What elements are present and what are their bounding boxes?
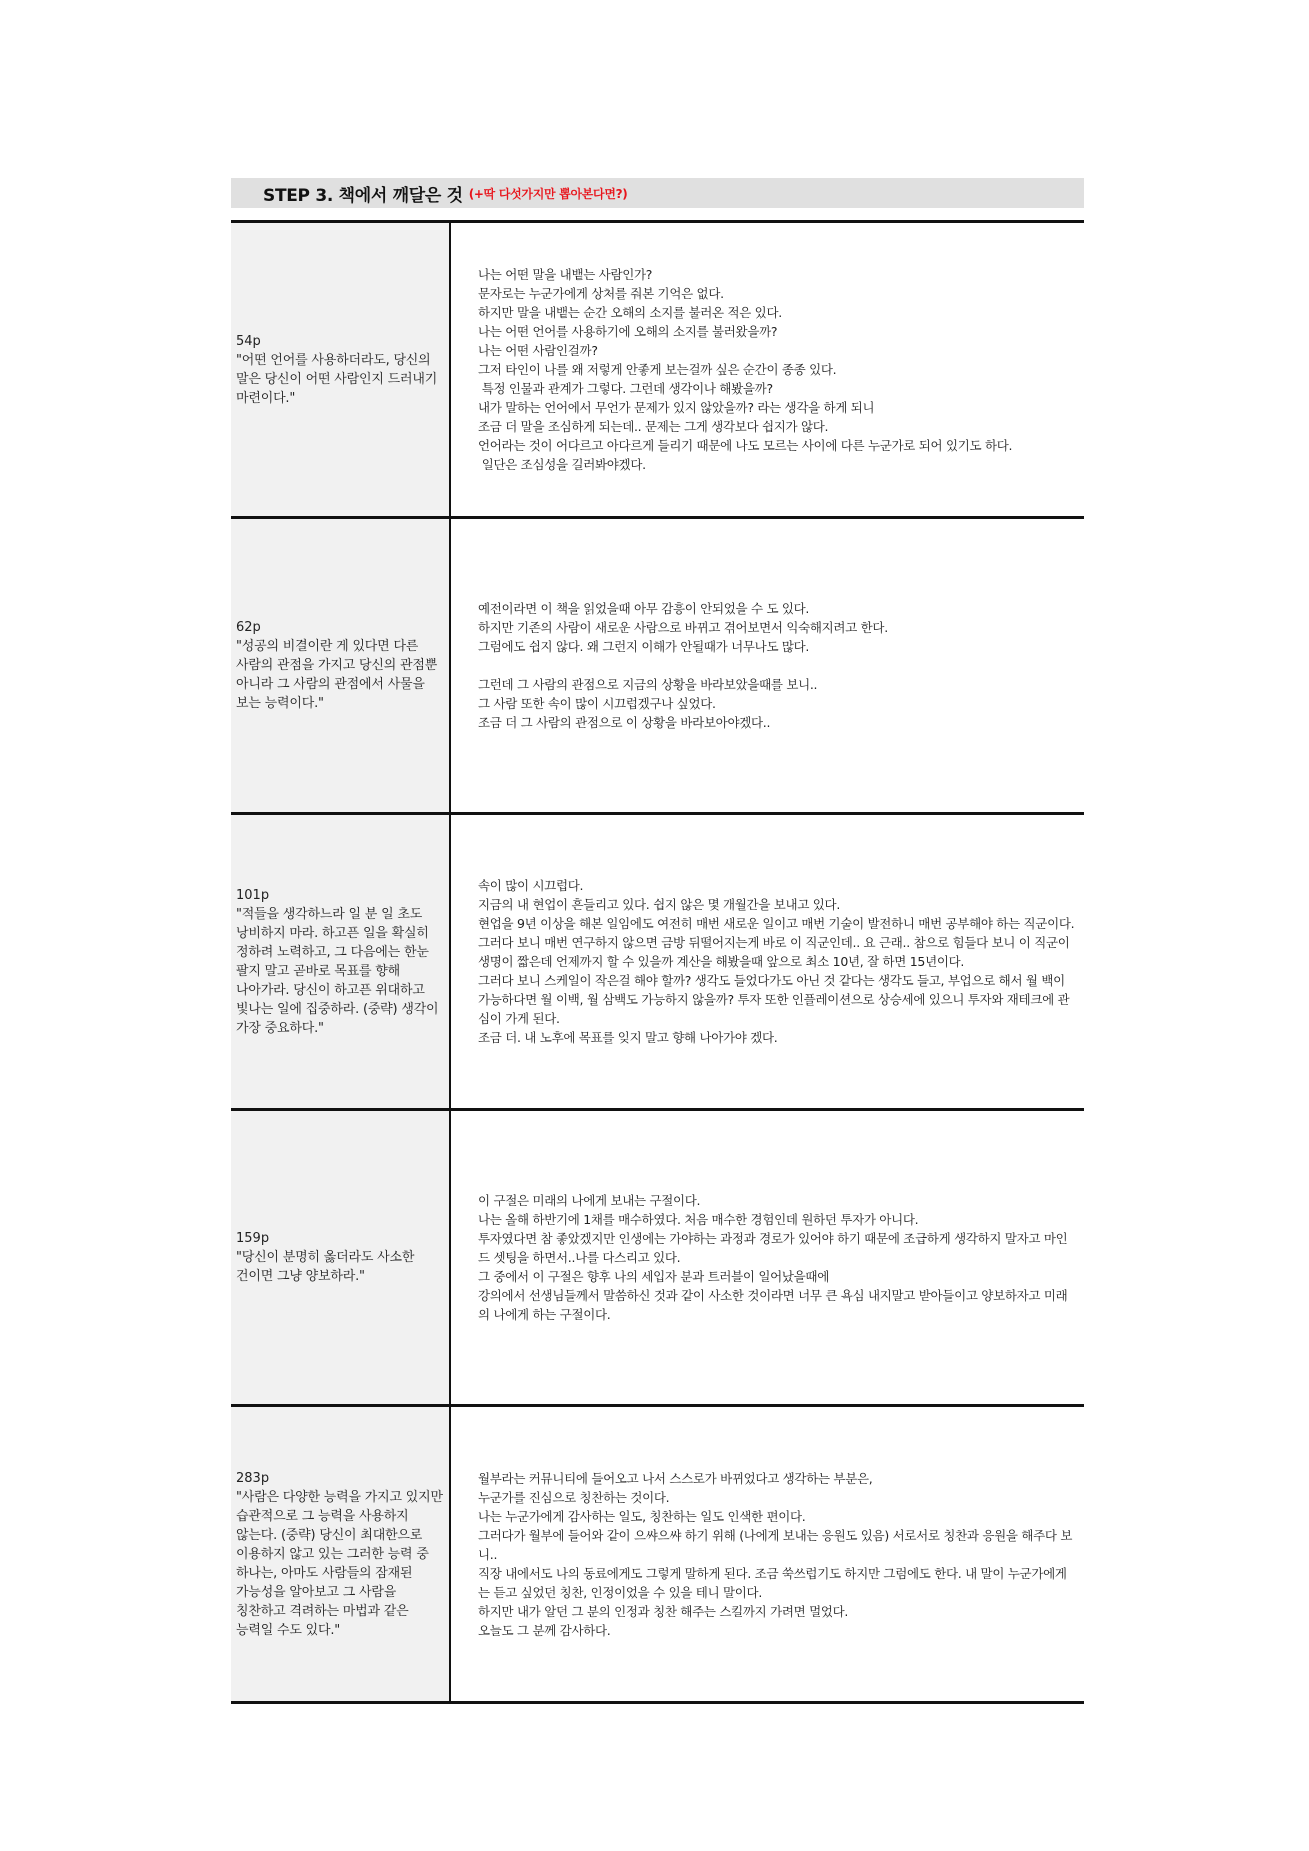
reflection-line: 월부라는 커뮤니티에 들어오고 나서 스스로가 바뀌었다고 생각하는 부분은, (478, 1469, 1076, 1488)
book-quote: "어떤 언어를 사용하더라도, 당신의 말은 당신이 어떤 사람인지 드러내기 … (236, 351, 444, 408)
reflection-cell: 예전이라면 이 책을 읽었을때 아무 감흥이 안되었을 수 도 있다. 하지만 … (451, 519, 1084, 812)
document-page: STEP 3. 책에서 깨달은 것 (+딱 다섯가지만 뽑아본다면?) 54p … (231, 178, 1084, 1704)
quote-cell: 101p "적들을 생각하느라 일 분 일 초도 낭비하지 마라. 하고픈 일을… (231, 815, 451, 1108)
table-row: 54p "어떤 언어를 사용하더라도, 당신의 말은 당신이 어떤 사람인지 드… (231, 223, 1084, 519)
reflection-line: 이 구절은 미래의 나에게 보내는 구절이다. (478, 1191, 1076, 1210)
reflection-line: 나는 누군가에게 감사하는 일도, 칭찬하는 일도 인색한 편이다. (478, 1507, 1076, 1526)
book-quote: "당신이 분명히 옳더라도 사소한 건이면 그냥 양보하라." (236, 1248, 444, 1286)
reflection-line: 나는 어떤 말을 내뱉는 사람인가? (478, 265, 1076, 284)
reflection-line: 지금의 내 현업이 흔들리고 있다. 쉽지 않은 몇 개월간을 보내고 있다. (478, 895, 1076, 914)
reflection-line: 내가 말하는 언어에서 무언가 문제가 있지 않았을까? 라는 생각을 하게 되… (478, 398, 1076, 417)
book-quote: "적들을 생각하느라 일 분 일 초도 낭비하지 마라. 하고픈 일을 확실히 … (236, 905, 444, 1038)
quote-cell: 283p "사람은 다양한 능력을 가지고 있지만 습관적으로 그 능력을 사용… (231, 1407, 451, 1701)
book-quote: "성공의 비결이란 게 있다면 다른 사람의 관점을 가지고 당신의 관점뿐 아… (236, 637, 444, 713)
step-subtitle: (+딱 다섯가지만 뽑아본다면?) (469, 185, 628, 202)
reflection-line: 속이 많이 시끄럽다. (478, 876, 1076, 895)
reflection-cell: 나는 어떤 말을 내뱉는 사람인가? 문자로는 누군가에게 상처를 줘본 기억은… (451, 223, 1084, 516)
reflection-line: 하지만 기존의 사람이 새로운 사람으로 바뀌고 겪어보면서 익숙해지려고 한다… (478, 618, 1076, 637)
step-header: STEP 3. 책에서 깨달은 것 (+딱 다섯가지만 뽑아본다면?) (231, 178, 1084, 208)
table-row: 101p "적들을 생각하느라 일 분 일 초도 낭비하지 마라. 하고픈 일을… (231, 815, 1084, 1111)
reflection-line: 하지만 말을 내뱉는 순간 오해의 소지를 불러온 적은 있다. (478, 303, 1076, 322)
reflection-line (478, 656, 1076, 675)
reflection-line: 일단은 조심성을 길러봐야겠다. (478, 455, 1076, 474)
reflection-line: 예전이라면 이 책을 읽었을때 아무 감흥이 안되었을 수 도 있다. (478, 599, 1076, 618)
page-reference: 62p (236, 618, 444, 637)
reflection-line: 특정 인물과 관계가 그렇다. 그런데 생각이나 해봤을까? (478, 379, 1076, 398)
page-reference: 159p (236, 1229, 444, 1248)
reflection-line: 조금 더 말을 조심하게 되는데.. 문제는 그게 생각보다 쉽지가 않다. (478, 417, 1076, 436)
reflection-line: 조금 더 그 사람의 관점으로 이 상황을 바라보아야겠다.. (478, 713, 1076, 732)
reflection-line: 하지만 내가 알던 그 분의 인정과 칭찬 해주는 스킬까지 가려면 멀었다. (478, 1602, 1076, 1621)
step-title: STEP 3. 책에서 깨달은 것 (263, 181, 463, 206)
reflection-line: 나는 어떤 언어를 사용하기에 오해의 소지를 불러왔을까? (478, 322, 1076, 341)
book-quote: "사람은 다양한 능력을 가지고 있지만 습관적으로 그 능력을 사용하지 않는… (236, 1488, 444, 1640)
reflection-line: 그럼에도 쉽지 않다. 왜 그런지 이해가 안될때가 너무나도 많다. (478, 637, 1076, 656)
page-reference: 101p (236, 886, 444, 905)
reflection-line: 그저 타인이 나를 왜 저렇게 안좋게 보는걸까 싶은 순간이 종종 있다. (478, 360, 1076, 379)
table-row: 159p "당신이 분명히 옳더라도 사소한 건이면 그냥 양보하라." 이 구… (231, 1111, 1084, 1407)
reflection-line: 언어라는 것이 어다르고 아다르게 들리기 때문에 나도 모르는 사이에 다른 … (478, 436, 1076, 455)
reflection-line: 그러다 보니 스케일이 작은걸 해야 할까? 생각도 들었다가도 아닌 것 같다… (478, 971, 1076, 1028)
reflection-line: 강의에서 선생님들께서 말씀하신 것과 같이 사소한 것이라면 너무 큰 욕심 … (478, 1286, 1076, 1324)
table-row: 62p "성공의 비결이란 게 있다면 다른 사람의 관점을 가지고 당신의 관… (231, 519, 1084, 815)
quote-cell: 159p "당신이 분명히 옳더라도 사소한 건이면 그냥 양보하라." (231, 1111, 451, 1404)
reflection-line: 조금 더. 내 노후에 목표를 잊지 말고 향해 나아가야 겠다. (478, 1028, 1076, 1047)
reflection-cell: 이 구절은 미래의 나에게 보내는 구절이다. 나는 올해 하반기에 1채를 매… (451, 1111, 1084, 1404)
reflection-cell: 속이 많이 시끄럽다. 지금의 내 현업이 흔들리고 있다. 쉽지 않은 몇 개… (451, 815, 1084, 1108)
reflection-line: 누군가를 진심으로 칭찬하는 것이다. (478, 1488, 1076, 1507)
insights-table: 54p "어떤 언어를 사용하더라도, 당신의 말은 당신이 어떤 사람인지 드… (231, 220, 1084, 1704)
reflection-line: 나는 올해 하반기에 1채를 매수하였다. 처음 매수한 경험인데 원하던 투자… (478, 1210, 1076, 1229)
quote-cell: 54p "어떤 언어를 사용하더라도, 당신의 말은 당신이 어떤 사람인지 드… (231, 223, 451, 516)
reflection-line: 나는 어떤 사람인걸까? (478, 341, 1076, 360)
reflection-line: 현업을 9년 이상을 해본 일임에도 여전히 매번 새로운 일이고 매번 기술이… (478, 914, 1076, 971)
table-row: 283p "사람은 다양한 능력을 가지고 있지만 습관적으로 그 능력을 사용… (231, 1407, 1084, 1704)
reflection-line: 투자였다면 참 좋았겠지만 인생에는 가야하는 과정과 경로가 있어야 하기 때… (478, 1229, 1076, 1267)
reflection-line: 그 중에서 이 구절은 향후 나의 세입자 분과 트러블이 일어났을때에 (478, 1267, 1076, 1286)
reflection-line: 오늘도 그 분께 감사하다. (478, 1621, 1076, 1640)
reflection-line: 직장 내에서도 나의 동료에게도 그렇게 말하게 된다. 조금 쑥쓰럽기도 하지… (478, 1564, 1076, 1602)
quote-cell: 62p "성공의 비결이란 게 있다면 다른 사람의 관점을 가지고 당신의 관… (231, 519, 451, 812)
reflection-cell: 월부라는 커뮤니티에 들어오고 나서 스스로가 바뀌었다고 생각하는 부분은, … (451, 1407, 1084, 1701)
page-reference: 283p (236, 1469, 444, 1488)
reflection-line: 그런데 그 사람의 관점으로 지금의 상황을 바라보았을때를 보니.. (478, 675, 1076, 694)
reflection-line: 그 사람 또한 속이 많이 시끄럽겠구나 싶었다. (478, 694, 1076, 713)
reflection-line: 그러다가 월부에 들어와 같이 으쌰으쌰 하기 위해 (나에게 보내는 응원도 … (478, 1526, 1076, 1564)
page-reference: 54p (236, 332, 444, 351)
reflection-line: 문자로는 누군가에게 상처를 줘본 기억은 없다. (478, 284, 1076, 303)
